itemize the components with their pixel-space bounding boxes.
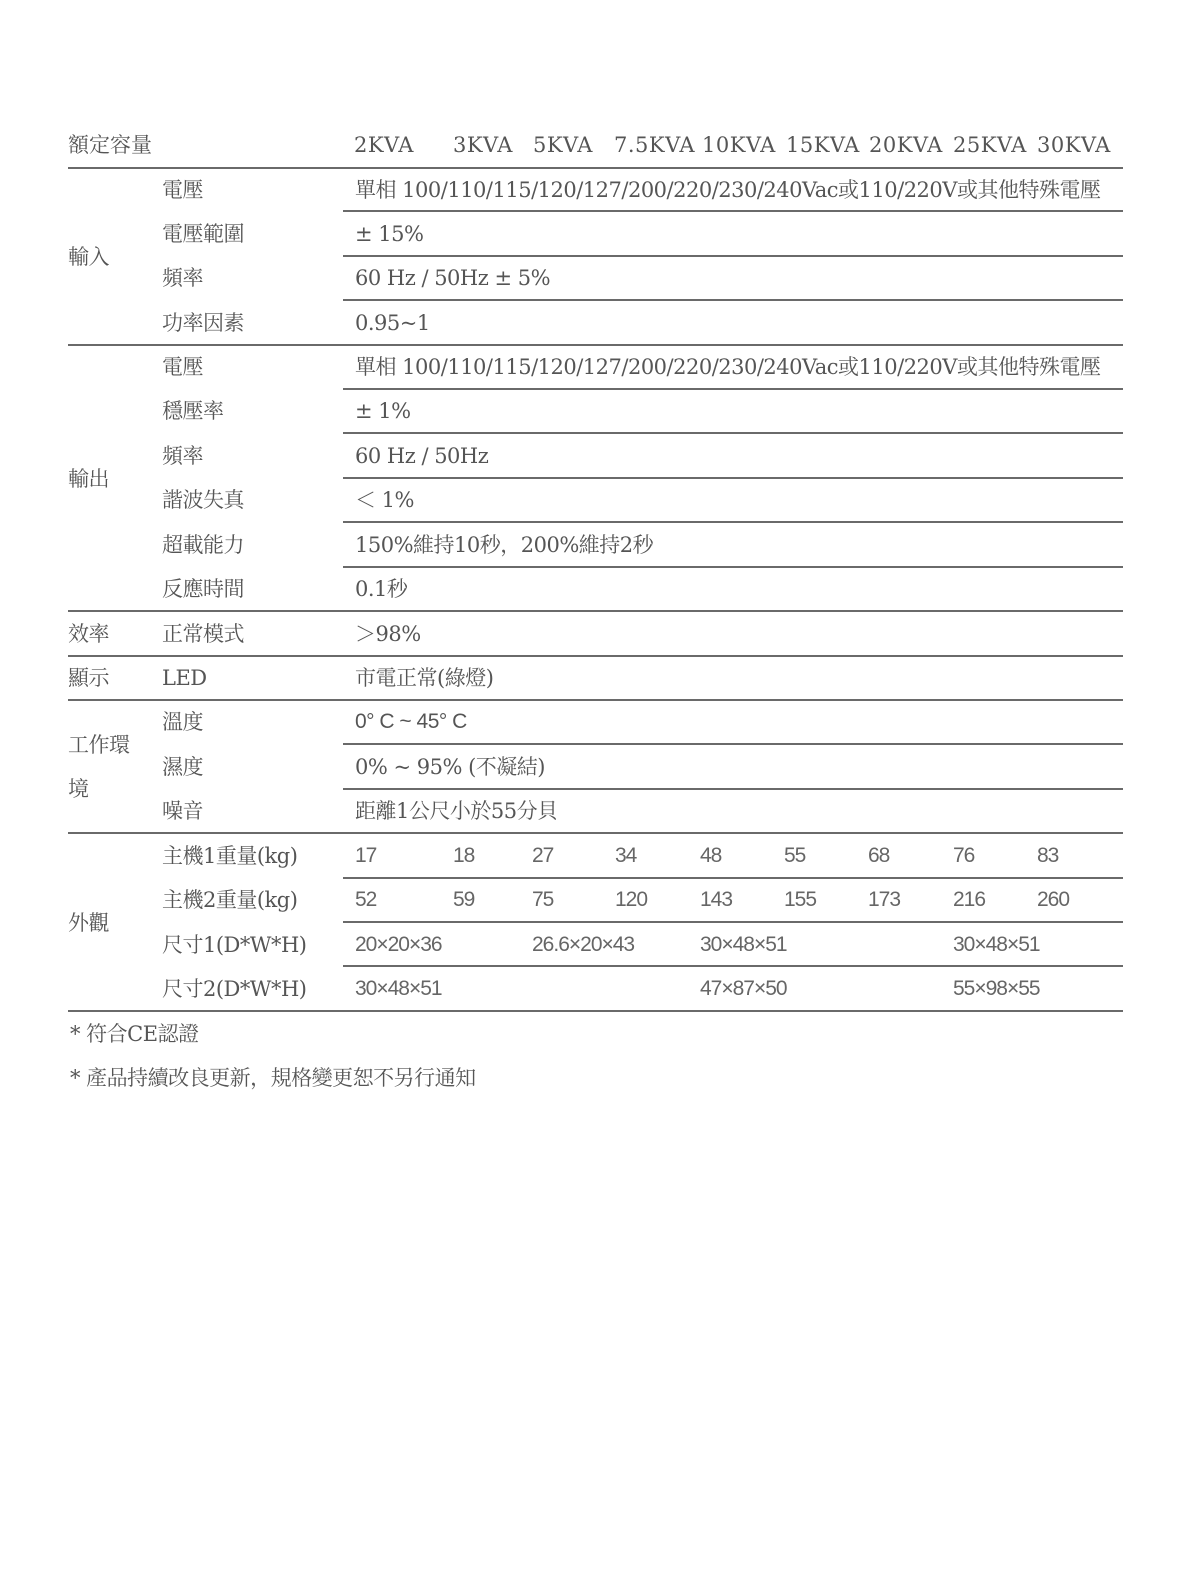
row-divider — [343, 877, 1123, 879]
note-ce-certification: * 符合CE認證 — [70, 1022, 199, 1046]
output-voltage-value: 單相 100/110/115/120/127/200/220/230/240Va… — [355, 355, 1100, 379]
table-bottom-border — [68, 1010, 1123, 1012]
capacity-20kva: 20KVA — [869, 133, 943, 157]
capacity-7-5kva: 7.5KVA — [614, 133, 695, 157]
capacity-30kva: 30KVA — [1037, 133, 1111, 157]
weight1-10kva: 48 — [700, 844, 721, 868]
weight2-25kva: 216 — [953, 888, 985, 912]
capacity-3kva: 3KVA — [453, 133, 513, 157]
row-divider — [343, 743, 1123, 745]
row-divider — [343, 477, 1123, 479]
input-voltage-label: 電壓 — [162, 178, 203, 202]
capacity-25kva: 25KVA — [953, 133, 1027, 157]
weight1-7-5kva: 34 — [615, 844, 636, 868]
environment-group-label-cont: 境 — [68, 777, 89, 801]
section-divider — [68, 610, 1123, 612]
row-divider — [343, 255, 1123, 257]
environment-group-label: 工作環 — [68, 733, 130, 757]
display-group-label: 顯示 — [68, 666, 109, 690]
weight2-7-5kva: 120 — [615, 888, 647, 912]
row-divider — [343, 788, 1123, 790]
output-overload-value: 150%維持10秒，200%維持2秒 — [355, 533, 653, 557]
header-divider — [68, 167, 1123, 169]
row-divider — [343, 521, 1123, 523]
weight1-30kva: 83 — [1037, 844, 1058, 868]
input-frequency-value: 60 Hz / 50Hz ± 5% — [355, 266, 550, 290]
size1-label: 尺寸1(D*W*H) — [162, 933, 306, 957]
row-divider — [343, 921, 1123, 923]
weight2-15kva: 155 — [784, 888, 816, 912]
weight1-label: 主機1重量(kg) — [162, 844, 297, 868]
row-divider — [343, 566, 1123, 568]
weight1-25kva: 76 — [953, 844, 974, 868]
env-temperature-label: 溫度 — [162, 710, 203, 734]
size1-10-20kva: 30×48×51 — [700, 933, 787, 957]
section-divider — [68, 344, 1123, 346]
input-group-label: 輸入 — [68, 245, 109, 269]
note-spec-change: * 產品持續改良更新，規格變更恕不另行通知 — [70, 1066, 476, 1090]
weight1-5kva: 27 — [532, 844, 553, 868]
weight2-30kva: 260 — [1037, 888, 1069, 912]
input-voltage-range-value: ± 15% — [355, 222, 423, 246]
row-divider — [343, 210, 1123, 212]
input-frequency-label: 頻率 — [162, 266, 203, 290]
size2-label: 尺寸2(D*W*H) — [162, 977, 306, 1001]
env-noise-label: 噪音 — [162, 799, 203, 823]
env-humidity-label: 濕度 — [162, 755, 203, 779]
weight2-3kva: 59 — [453, 888, 474, 912]
weight1-2kva: 17 — [355, 844, 376, 868]
efficiency-mode-label: 正常模式 — [162, 622, 244, 646]
output-regulation-value: ± 1% — [355, 399, 411, 423]
size1-2-3kva: 20×20×36 — [355, 933, 442, 957]
input-voltage-range-label: 電壓範圍 — [162, 222, 244, 246]
appearance-group-label: 外觀 — [68, 911, 109, 935]
size2-10-20kva: 47×87×50 — [700, 977, 787, 1001]
output-response-time-value: 0.1秒 — [355, 577, 407, 601]
output-thd-value: ＜ 1% — [355, 488, 414, 512]
env-temperature-value: 0° C ~ 45° C — [355, 710, 467, 734]
output-thd-label: 諧波失真 — [162, 488, 244, 512]
weight2-label: 主機2重量(kg) — [162, 888, 297, 912]
size1-25-30kva: 30×48×51 — [953, 933, 1040, 957]
efficiency-group-label: 效率 — [68, 622, 109, 646]
capacity-2kva: 2KVA — [354, 133, 414, 157]
output-overload-label: 超載能力 — [162, 533, 244, 557]
weight2-5kva: 75 — [532, 888, 553, 912]
input-power-factor-label: 功率因素 — [162, 311, 244, 335]
row-divider — [343, 432, 1123, 434]
section-divider — [68, 655, 1123, 657]
row-divider — [343, 299, 1123, 301]
row-divider — [343, 965, 1123, 967]
weight1-3kva: 18 — [453, 844, 474, 868]
output-group-label: 輸出 — [68, 467, 109, 491]
row-divider — [343, 388, 1123, 390]
display-led-label: LED — [162, 666, 207, 690]
capacity-10kva: 10KVA — [702, 133, 776, 157]
weight2-20kva: 173 — [868, 888, 900, 912]
weight2-2kva: 52 — [355, 888, 376, 912]
weight2-10kva: 143 — [700, 888, 732, 912]
env-humidity-value: 0% ~ 95% (不凝結) — [355, 755, 545, 779]
weight1-20kva: 68 — [868, 844, 889, 868]
output-response-time-label: 反應時間 — [162, 577, 244, 601]
capacity-15kva: 15KVA — [786, 133, 860, 157]
size1-5-7-5kva: 26.6×20×43 — [532, 933, 634, 957]
output-voltage-label: 電壓 — [162, 355, 203, 379]
input-power-factor-value: 0.95~1 — [355, 311, 430, 335]
weight1-15kva: 55 — [784, 844, 805, 868]
rated-capacity-label: 額定容量 — [68, 133, 152, 157]
section-divider — [68, 699, 1123, 701]
output-regulation-label: 穩壓率 — [162, 399, 224, 423]
display-led-value: 市電正常(綠燈) — [355, 666, 493, 690]
capacity-5kva: 5KVA — [533, 133, 593, 157]
output-frequency-label: 頻率 — [162, 444, 203, 468]
section-divider — [68, 832, 1123, 834]
efficiency-value: ＞98% — [355, 622, 421, 646]
size2-25-30kva: 55×98×55 — [953, 977, 1040, 1001]
input-voltage-value: 單相 100/110/115/120/127/200/220/230/240Va… — [355, 178, 1100, 202]
output-frequency-value: 60 Hz / 50Hz — [355, 444, 488, 468]
env-noise-value: 距離1公尺小於55分貝 — [355, 799, 558, 823]
size2-2-7-5kva: 30×48×51 — [355, 977, 442, 1001]
